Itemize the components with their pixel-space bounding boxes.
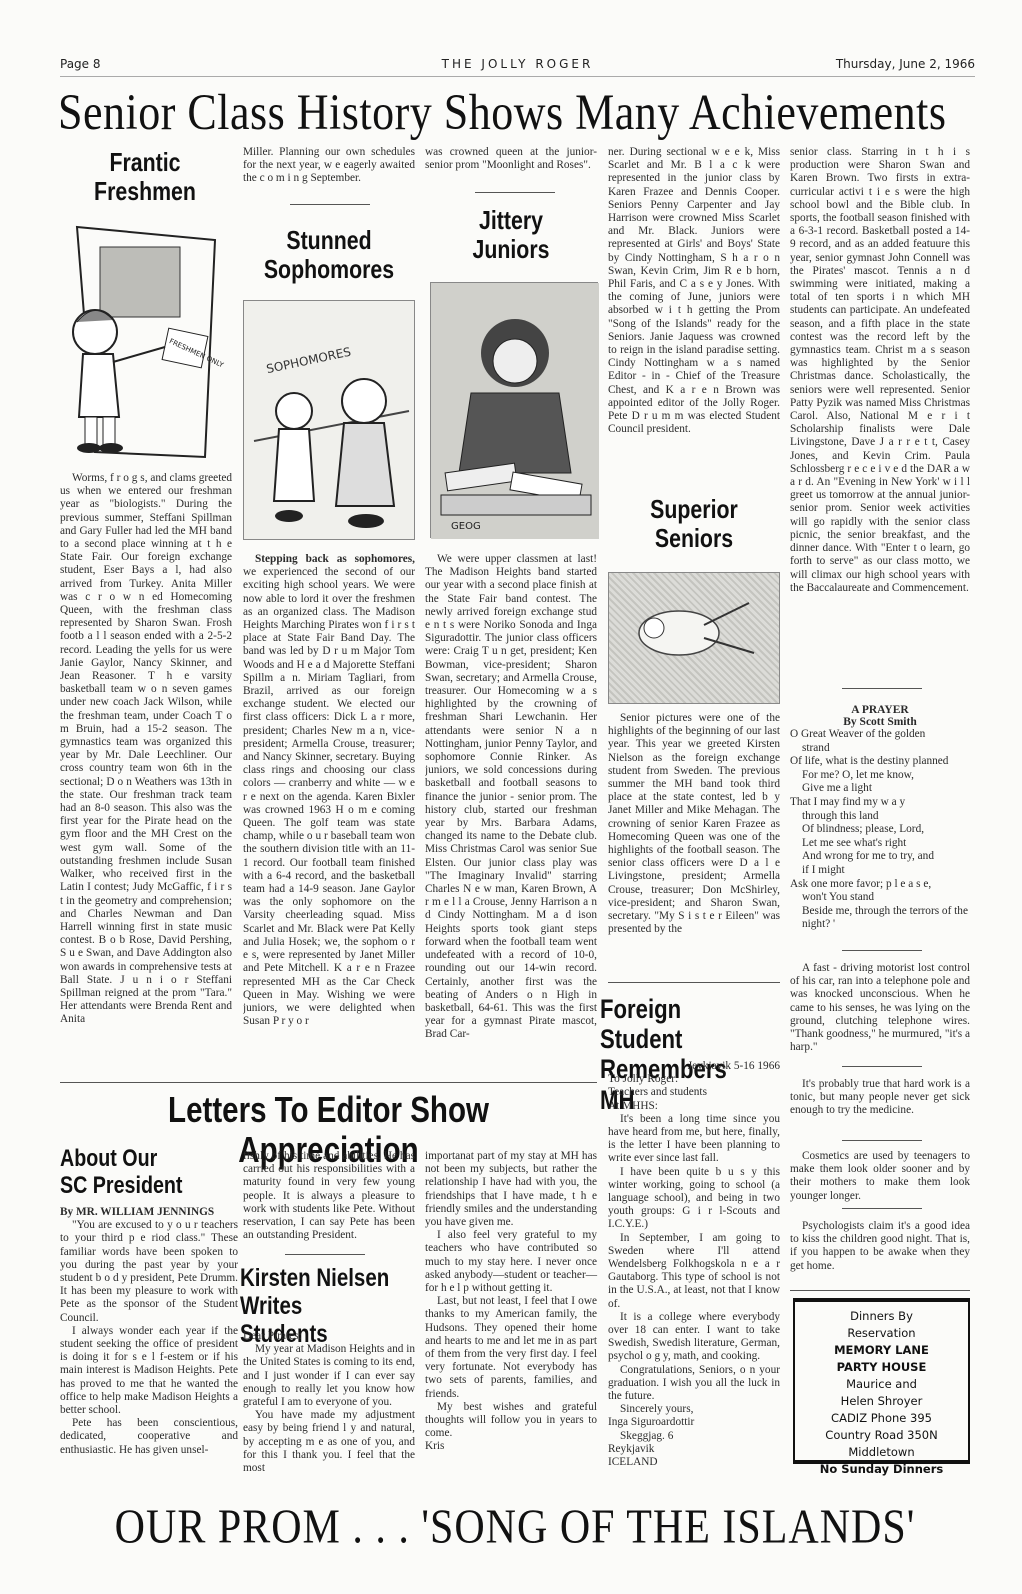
letter-paragraph: Congratulations, Seniors, o n your gradu…	[608, 1364, 780, 1404]
prayer-poem: A PRAYER By Scott Smith O Great Weaver o…	[790, 704, 970, 932]
letter-paragraph: It is a college where everybody over 18 …	[608, 1311, 780, 1364]
ad-line: Dinners By	[795, 1308, 968, 1325]
juniors-article-body: We were upper classmen at last! The Madi…	[425, 553, 597, 1078]
poem-line: through this land	[790, 810, 970, 824]
poem-line: Of blindness; please, Lord,	[790, 823, 970, 837]
column2-continuation: Miller. Planning our own schedules for t…	[243, 146, 415, 186]
filler-cosmetics: Cosmetics are used by teenagers to make …	[790, 1150, 970, 1203]
kicker-line: Juniors	[440, 235, 581, 264]
divider	[842, 688, 922, 689]
letter-paragraph: My year at Madison Heights and in the Un…	[243, 1343, 415, 1409]
ad-business-name: PARTY HOUSE	[795, 1359, 968, 1376]
letter-paragraph: fishly of his time and abilities. He has…	[243, 1150, 415, 1242]
student-buried-in-books-illustration: GEOG	[431, 283, 599, 539]
children-writing-on-wall-illustration: SOPHOMORES	[244, 301, 416, 541]
filler-paragraph: Psychologists claim it's a good idea to …	[790, 1220, 970, 1273]
ad-line: Maurice and	[795, 1376, 968, 1393]
article-paragraph: Worms, f r o g s, and clams greeted us w…	[60, 472, 232, 1027]
divider	[290, 204, 370, 205]
letter-paragraph: "You are excused to y o u r teachers to …	[60, 1219, 238, 1325]
salutation: To Jolly Roger:	[608, 1073, 780, 1086]
kicker-line: Frantic	[75, 148, 214, 177]
masthead: Page 8 THE JOLLY ROGER Thursday, June 2,…	[60, 55, 975, 77]
signature-line: Inga Siguroardottir	[608, 1416, 780, 1429]
signature: Kris	[425, 1440, 597, 1453]
kicker-line: Jittery	[440, 206, 581, 235]
ad-note: No Sunday Dinners	[795, 1461, 968, 1478]
poem-byline: By Scott Smith	[790, 716, 970, 728]
poem-line: For me? O, let me know,	[790, 769, 970, 783]
sc-president-headline: About Our SC President	[60, 1146, 224, 1200]
boy-at-door-illustration: FRESHMEN ONLY	[55, 222, 230, 462]
juniors-photo: GEOG	[430, 282, 598, 538]
column3-continuation: was crowned queen at the junior-senior p…	[425, 146, 597, 172]
filler-paragraph: It's probably true that hard work is a t…	[790, 1078, 970, 1118]
divider	[475, 192, 555, 193]
prom-footer-banner: OUR PROM . . . 'SONG OF THE ISLANDS'	[85, 1500, 945, 1555]
dateline: Jeykjavik 5-16 1966	[608, 1060, 780, 1073]
poem-title: A PRAYER	[790, 704, 970, 716]
divider	[285, 1254, 365, 1255]
svg-text:SOPHOMORES: SOPHOMORES	[265, 345, 352, 377]
poem-line: Let me see what's right	[790, 837, 970, 851]
seniors-kicker: Superior Seniors	[623, 495, 764, 553]
poem-line: Of life, what is the destiny planned	[790, 755, 970, 769]
memory-lane-advertisement: Dinners By Reservation MEMORY LANE PARTY…	[793, 1298, 970, 1464]
letter-paragraph: Sincerely yours,	[608, 1403, 780, 1416]
poem-line: strand	[790, 742, 970, 756]
letter-paragraph: You have made my adjustment easy by bein…	[243, 1409, 415, 1475]
sc-president-letter: By MR. WILLIAM JENNINGS "You are excused…	[60, 1206, 238, 1457]
salutation: Teachers and students	[608, 1086, 780, 1099]
kirsten-nielsen-letter-continued: importanat part of my stay at MH has not…	[425, 1150, 597, 1454]
headline-line: Foreign Student	[600, 994, 752, 1054]
poem-line: That I may find my w a y	[790, 796, 970, 810]
column4-continuation: ner. During sectional w e e k, Miss Scar…	[608, 146, 780, 436]
signature-line: Skeggjag. 6	[608, 1430, 780, 1443]
letter-paragraph: My best wishes and grateful thoughts wil…	[425, 1401, 597, 1441]
divider	[842, 950, 922, 951]
poem-line: O Great Weaver of the golden	[790, 728, 970, 742]
kicker-line: Sophomores	[258, 255, 399, 284]
divider	[842, 1208, 922, 1209]
svg-text:GEOG: GEOG	[451, 521, 481, 532]
seniors-article-body: Senior pictures were one of the highligh…	[608, 712, 780, 936]
divider	[842, 1066, 922, 1067]
letter-paragraph: I have been quite b u s y this winter wo…	[608, 1166, 780, 1232]
freshman-cartoon: FRESHMEN ONLY	[55, 222, 230, 462]
byline: By MR. WILLIAM JENNINGS	[60, 1206, 238, 1219]
lead-in: Stepping back as sophomores,	[255, 553, 415, 565]
poem-line: Ask one more favor; p l e a s e,	[790, 878, 970, 892]
ad-line: Reservation	[795, 1325, 968, 1342]
filler-psychologists: Psychologists claim it's a good idea to …	[790, 1220, 970, 1273]
kirsten-nielsen-letter: Dear Pirates: My year at Madison Heights…	[243, 1330, 415, 1475]
ad-phone: CADIZ Phone 395	[795, 1410, 968, 1427]
salutation: Dear Pirates:	[243, 1330, 415, 1343]
article-paragraph: senior class. Starring in t h i s produc…	[790, 146, 970, 595]
seniors-photo	[608, 572, 780, 704]
kicker-line: Freshmen	[75, 177, 214, 206]
divider	[842, 1140, 922, 1141]
kicker-line: Superior	[623, 495, 764, 524]
letter-paragraph: It's been a long time since you have hea…	[608, 1113, 780, 1166]
column5-continuation: senior class. Starring in t h i s produc…	[790, 146, 970, 595]
article-paragraph: was crowned queen at the junior-senior p…	[425, 146, 597, 172]
divider	[790, 1290, 970, 1291]
signature-line: ICELAND	[608, 1456, 780, 1469]
poem-line: won't You stand	[790, 891, 970, 905]
filler-paragraph: Cosmetics are used by teenagers to make …	[790, 1150, 970, 1203]
article-paragraph: ner. During sectional w e e k, Miss Scar…	[608, 146, 780, 436]
article-paragraph: Senior pictures were one of the highligh…	[608, 712, 780, 936]
letter-paragraph: I also feel very grateful to my teachers…	[425, 1229, 597, 1295]
graduate-figure-illustration	[609, 573, 781, 705]
letter-paragraph: importanat part of my stay at MH has not…	[425, 1150, 597, 1229]
divider	[608, 982, 780, 983]
headline-line: Kirsten Nielsen	[240, 1264, 392, 1292]
kicker-line: Stunned	[258, 226, 399, 255]
headline-line: SC President	[60, 1173, 224, 1200]
salutation: At MHHS:	[608, 1100, 780, 1113]
page-banner-headline: Senior Class History Shows Many Achievem…	[58, 83, 978, 143]
filler-paragraph: A fast - driving motorist lost control o…	[790, 962, 970, 1054]
poem-line: Beside me, through the terrors of the ni…	[790, 905, 970, 932]
ad-business-name: MEMORY LANE	[795, 1342, 968, 1359]
headline-line: About Our	[60, 1146, 224, 1173]
article-paragraph: Stepping back as sophomores, we experien…	[243, 553, 415, 1028]
signature-line: Reykjavik	[608, 1443, 780, 1456]
article-paragraph: Miller. Planning our own schedules for t…	[243, 146, 415, 186]
juniors-kicker: Jittery Juniors	[440, 206, 581, 264]
freshmen-kicker: Frantic Freshmen	[75, 148, 214, 206]
sophomores-kicker: Stunned Sophomores	[258, 226, 399, 284]
letter-paragraph: Last, but not least, I feel that I owe t…	[425, 1295, 597, 1401]
ad-line: Helen Shroyer	[795, 1393, 968, 1410]
sophomores-photo: SOPHOMORES	[243, 300, 415, 540]
poem-line: Give me a light	[790, 782, 970, 796]
letter-paragraph: I always wonder each year if the student…	[60, 1325, 238, 1417]
sc-president-letter-continued: fishly of his time and abilities. He has…	[243, 1150, 415, 1242]
foreign-student-letter: Jeykjavik 5-16 1966 To Jolly Roger: Teac…	[608, 1060, 780, 1469]
section-divider	[60, 1082, 597, 1083]
poem-line: if I might	[790, 864, 970, 878]
filler-harp: A fast - driving motorist lost control o…	[790, 962, 970, 1054]
article-paragraph: We were upper classmen at last! The Madi…	[425, 553, 597, 1042]
sophomores-article-body: Stepping back as sophomores, we experien…	[243, 553, 415, 1078]
ad-address: Country Road 350N	[795, 1427, 968, 1444]
letter-paragraph: Pete has been conscientious, dedicated, …	[60, 1417, 238, 1457]
ad-town: Middletown	[795, 1444, 968, 1461]
freshmen-article-body: Worms, f r o g s, and clams greeted us w…	[60, 472, 232, 1077]
poem-line: And wrong for me to try, and	[790, 850, 970, 864]
filler-hard-work: It's probably true that hard work is a t…	[790, 1078, 970, 1118]
article-text: we experienced the second of our excitin…	[243, 566, 415, 1027]
kicker-line: Seniors	[623, 524, 764, 553]
issue-date: Thursday, June 2, 1966	[836, 57, 975, 71]
poem-lines: O Great Weaver of the golden strand Of l…	[790, 728, 970, 932]
letter-paragraph: In September, I am going to Sweden where…	[608, 1232, 780, 1311]
